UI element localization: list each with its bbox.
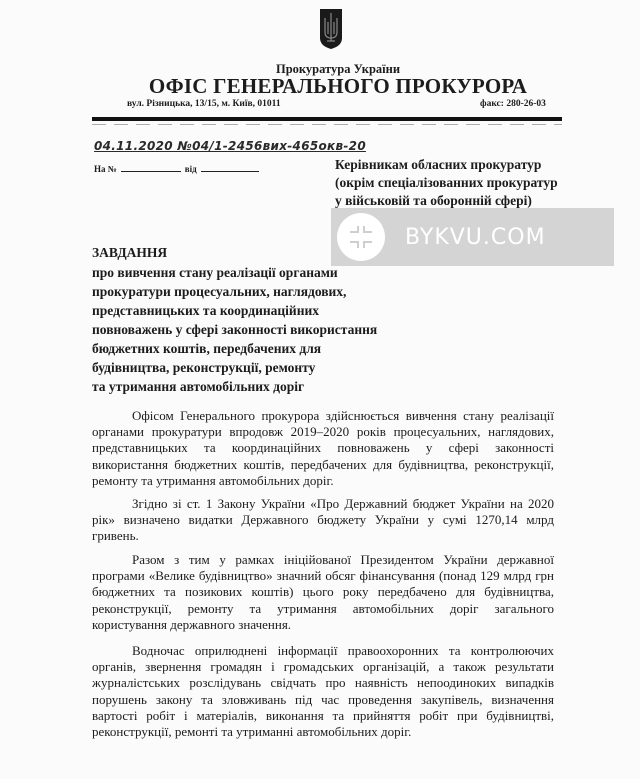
reference-line: На № від [94, 162, 259, 174]
watermark-banner: BYKVU.COM [331, 208, 614, 266]
body-paragraph: Згідно зі ст. 1 Закону України «Про Держ… [92, 496, 554, 545]
paragraph-text: Офісом Генерального прокурора здійснюєть… [92, 408, 554, 489]
body-paragraph: Разом з тим у рамках ініційованої Презид… [92, 552, 554, 633]
body-paragraph: Офісом Генерального прокурора здійснюєть… [92, 408, 554, 489]
task-subtitle-line: прокуратури процесуальних, наглядових, [92, 282, 412, 301]
watermark-text: BYKVU.COM [405, 225, 546, 250]
body-paragraph: Водночас оприлюднені інформації правоохо… [92, 643, 554, 740]
task-subtitle-line: будівництва, реконструкції, ремонту [92, 358, 412, 377]
ref-date-label: від [185, 164, 197, 174]
trident-coat-of-arms-icon [319, 8, 343, 50]
ref-date-blank [201, 162, 259, 172]
task-subtitle-line: повноважень у сфері законності використа… [92, 320, 412, 339]
header-divider-thin [92, 124, 562, 125]
paragraph-text: Разом з тим у рамках ініційованої Презид… [92, 552, 554, 633]
org-title: ОФІС ГЕНЕРАЛЬНОГО ПРОКУРОРА [0, 74, 640, 99]
task-subtitle-line: про вивчення стану реалізації органами [92, 263, 412, 282]
task-subtitle: про вивчення стану реалізації органами п… [92, 263, 412, 396]
task-title: ЗАВДАННЯ [92, 245, 167, 261]
org-fax: факс: 280-26-03 [480, 99, 546, 109]
document-page: Прокуратура України ОФІС ГЕНЕРАЛЬНОГО ПР… [0, 0, 640, 779]
org-address: вул. Різницька, 13/15, м. Київ, 01011 [127, 99, 281, 109]
header-divider [92, 117, 562, 121]
paragraph-text: Згідно зі ст. 1 Закону України «Про Держ… [92, 496, 554, 545]
task-subtitle-line: представницьких та координаційних [92, 301, 412, 320]
recipient-block: Керівникам обласних прокуратур (окрім сп… [335, 156, 615, 210]
task-subtitle-line: бюджетних коштів, передбачених для [92, 339, 412, 358]
bykvu-logo-icon [337, 213, 385, 261]
paragraph-text: Водночас оприлюднені інформації правоохо… [92, 643, 554, 740]
ref-number-blank [121, 162, 181, 172]
recipient-line: (окрім спеціалізованних прокуратур [335, 174, 615, 192]
ref-number-label: На № [94, 164, 117, 174]
registration-number: 04.11.2020 №04/1-2456вих-465окв-20 [94, 139, 366, 153]
recipient-line: Керівникам обласних прокуратур [335, 156, 615, 174]
task-subtitle-line: та утримання автомобільних доріг [92, 377, 412, 396]
